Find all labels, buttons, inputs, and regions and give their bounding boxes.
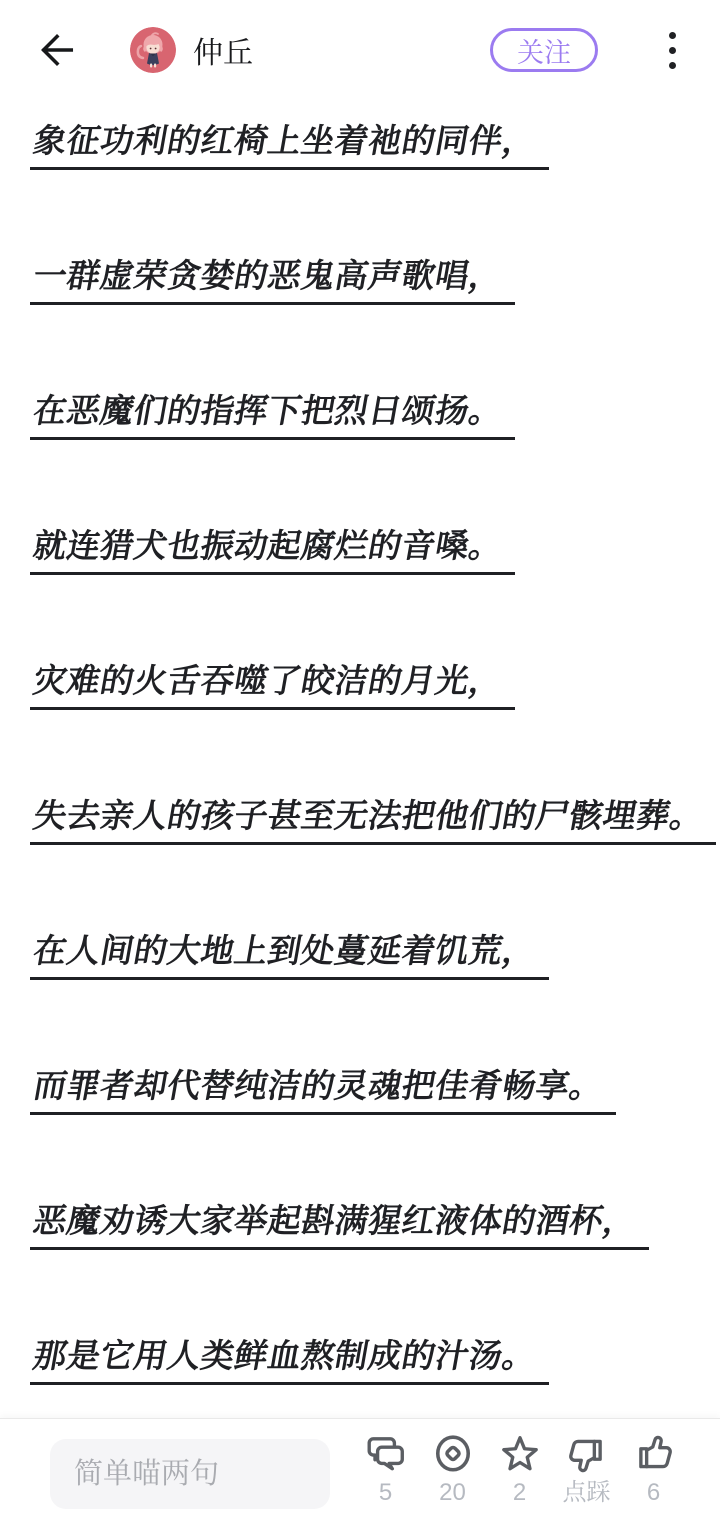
kebab-dot <box>669 62 676 69</box>
poem-line-text: 一群虚荣贪婪的恶鬼高声歌唱， <box>30 250 507 297</box>
poem-line: 灾难的火舌吞噬了皎洁的月光， <box>30 655 710 790</box>
kebab-dot <box>669 47 676 54</box>
poem-line: 而罪者却代替纯洁的灵魂把佳肴畅享。 <box>30 1060 710 1195</box>
follow-button[interactable]: 关注 <box>490 28 598 72</box>
top-bar: 仲丘 关注 <box>0 0 720 100</box>
poem-line-text: 在恶魔们的指挥下把烈日颂扬。 <box>30 385 507 432</box>
poem-line: 一群虚荣贪婪的恶鬼高声歌唱， <box>30 250 710 385</box>
coin-icon <box>432 1433 474 1475</box>
username[interactable]: 仲丘 <box>193 28 253 72</box>
poem-line: 象征功利的红椅上坐着祂的同伴， <box>30 115 710 250</box>
kebab-dot <box>669 32 676 39</box>
poem-line: 在恶魔们的指挥下把烈日颂扬。 <box>30 385 710 520</box>
comment-count: 5 <box>379 1479 392 1508</box>
poem-line-text: 灾难的火舌吞噬了皎洁的月光， <box>30 655 507 702</box>
comment-input[interactable] <box>50 1439 330 1509</box>
poem-line: 失去亲人的孩子甚至无法把他们的尸骸埋葬。 <box>30 790 710 925</box>
poem-line: 就连猎犬也振动起腐烂的音嗓。 <box>30 520 710 655</box>
actions-row: 5 20 2 点踩 <box>352 1433 687 1508</box>
poem-line-text: 就连猎犬也振动起腐烂的音嗓。 <box>30 520 507 567</box>
post-content: 象征功利的红椅上坐着祂的同伴， 一群虚荣贪婪的恶鬼高声歌唱， 在恶魔们的指挥下把… <box>30 115 710 1465</box>
poem-line-text: 象征功利的红椅上坐着祂的同伴， <box>30 115 541 162</box>
poem-line: 恶魔劝诱大家举起斟满猩红液体的酒杯， <box>30 1195 710 1330</box>
back-button[interactable] <box>38 31 76 69</box>
bottom-action-bar: 5 20 2 点踩 <box>0 1418 720 1530</box>
poem-line-text: 恶魔劝诱大家举起斟满猩红液体的酒杯， <box>30 1195 641 1242</box>
coin-action[interactable]: 20 <box>419 1433 486 1508</box>
avatar-image <box>130 27 176 73</box>
downvote-action[interactable]: 点踩 <box>553 1433 620 1508</box>
comment-action[interactable]: 5 <box>352 1433 419 1508</box>
poem-line-text: 在人间的大地上到处蔓延着饥荒， <box>30 925 541 972</box>
downvote-label: 点踩 <box>563 1479 611 1508</box>
star-icon <box>499 1433 541 1475</box>
upvote-count: 6 <box>647 1479 660 1508</box>
poem-line-text: 那是它用人类鲜血熬制成的汁汤。 <box>30 1330 541 1377</box>
poem-line-text: 而罪者却代替纯洁的灵魂把佳肴畅享。 <box>30 1060 608 1107</box>
comment-icon <box>365 1433 407 1475</box>
back-arrow-icon <box>38 31 76 69</box>
favorite-action[interactable]: 2 <box>486 1433 553 1508</box>
poem-line: 在人间的大地上到处蔓延着饥荒， <box>30 925 710 1060</box>
upvote-action[interactable]: 6 <box>620 1433 687 1508</box>
favorite-count: 2 <box>513 1479 526 1508</box>
thumbs-down-icon <box>566 1433 608 1475</box>
thumbs-up-icon <box>633 1433 675 1475</box>
more-options-button[interactable] <box>664 28 680 72</box>
coin-count: 20 <box>439 1479 466 1508</box>
poem-line-text: 失去亲人的孩子甚至无法把他们的尸骸埋葬。 <box>30 790 708 837</box>
avatar[interactable] <box>130 27 176 73</box>
